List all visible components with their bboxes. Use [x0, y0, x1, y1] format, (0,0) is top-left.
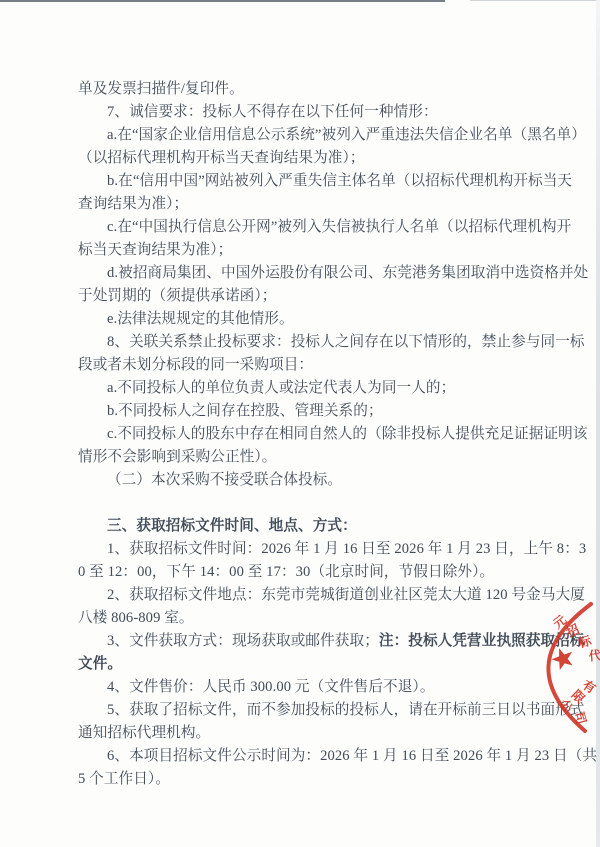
document-line: a.在“国家企业信用信息公示系统”被列入严重违法失信企业名单（黑名单） — [78, 124, 566, 147]
seal-arc-text: 元招标代有限公司 — [550, 612, 600, 726]
document-text: b.不同投标人之间存在控股、管理关系的； — [107, 403, 383, 419]
document-text-bold: 文件。 — [78, 656, 122, 672]
scan-artifact-top-line-right — [470, 0, 600, 1]
document-text: 标当天查询结果为准）； — [78, 242, 232, 258]
red-company-seal: 元招标代有限公司 — [537, 594, 600, 736]
document-line: 标当天查询结果为准）； — [78, 239, 566, 262]
document-line: 4、文件售价：人民币 300.00 元（文件售后不退）。 — [78, 676, 566, 699]
document-line: 7、诚信要求：投标人不得存在以下任何一种情形： — [78, 101, 566, 124]
document-text: a.不同投标人的单位负责人或法定代表人为同一人的； — [107, 380, 455, 396]
document-line: 情形不会影响到采购公正性）。 — [78, 446, 566, 469]
document-line: e.法律法规规定的其他情形。 — [78, 308, 566, 331]
document-line: 5 个工作日）。 — [78, 768, 566, 791]
document-text: 单及发票扫描件/复印件。 — [78, 81, 244, 97]
document-line: 2、获取招标文件地点：东莞市莞城街道创业社区莞太大道 120 号金马大厦 — [78, 584, 566, 607]
document-text: 0 至 12：00，下午 14：00 至 17：30（北京时间，节假日除外）。 — [78, 564, 494, 580]
document-text: 情形不会影响到采购公正性）。 — [78, 449, 276, 465]
document-line: d.被招商局集团、中国外运股份有限公司、东莞港务集团取消中选资格并处 — [78, 262, 566, 285]
document-line: （以招标代理机构开标当天查询结果为准）； — [78, 147, 566, 170]
document-text: 1、获取招标文件时间：2026 年 1 月 16 日至 2026 年 1 月 2… — [107, 541, 586, 557]
document-text-bold: 三、获取招标文件时间、地点、方式： — [107, 518, 357, 534]
document-text: 3、文件获取方式：现场获取或邮件获取； — [107, 633, 379, 649]
document-text: a.在“国家企业信用信息公示系统”被列入严重违法失信企业名单（黑名单） — [107, 127, 586, 143]
document-line: 1、获取招标文件时间：2026 年 1 月 16 日至 2026 年 1 月 2… — [78, 538, 566, 561]
star-icon — [552, 648, 573, 670]
document-line: c.不同投标人的股东中存在相同自然人的（除非投标人提供充足证据证明该 — [78, 423, 566, 446]
scan-artifact-top-line — [0, 0, 445, 2]
document-line: （二）本次采购不接受联合体投标。 — [78, 469, 566, 492]
document-page: 单及发票扫描件/复印件。7、诚信要求：投标人不得存在以下任何一种情形：a.在“国… — [0, 0, 600, 847]
document-line: 段或者未划分标段的同一采购项目： — [78, 354, 566, 377]
document-line: a.不同投标人的单位负责人或法定代表人为同一人的； — [78, 377, 566, 400]
document-line: c.在“中国执行信息公开网”被列入失信被执行人名单（以招标代理机构开 — [78, 216, 566, 239]
document-line: 查询结果为准）； — [78, 193, 566, 216]
document-text: c.在“中国执行信息公开网”被列入失信被执行人名单（以招标代理机构开 — [107, 219, 571, 235]
document-text: d.被招商局集团、中国外运股份有限公司、东莞港务集团取消中选资格并处 — [107, 265, 588, 281]
document-line: 文件。 — [78, 653, 566, 676]
document-line: 八楼 806-809 室。 — [78, 607, 566, 630]
document-line: 8、关联关系禁止投标要求：投标人之间存在以下情形的，禁止参与同一标 — [78, 331, 566, 354]
document-line: 0 至 12：00，下午 14：00 至 17：30（北京时间，节假日除外）。 — [78, 561, 566, 584]
document-line: b.在“信用中国”网站被列入严重失信主体名单（以招标代理机构开标当天 — [78, 170, 566, 193]
document-text: 通知招标代理机构。 — [78, 725, 210, 741]
document-text: 段或者未划分标段的同一采购项目： — [78, 357, 313, 373]
document-line: 6、本项目招标文件公示时间为：2026 年 1 月 16 日至 2026 年 1… — [78, 745, 566, 768]
document-text: 5 个工作日）。 — [78, 771, 170, 787]
document-text: 2、获取招标文件地点：东莞市莞城街道创业社区莞太大道 120 号金马大厦 — [107, 587, 585, 603]
document-text: 5、获取了招标文件，而不参加投标的投标人，请在开标前三日以书面形式 — [107, 702, 585, 718]
document-text: 8、关联关系禁止投标要求：投标人之间存在以下情形的，禁止参与同一标 — [107, 334, 585, 350]
document-text: 6、本项目招标文件公示时间为：2026 年 1 月 16 日至 2026 年 1… — [107, 748, 597, 764]
document-line: 单及发票扫描件/复印件。 — [78, 78, 566, 101]
document-text: c.不同投标人的股东中存在相同自然人的（除非投标人提供充足证据证明该 — [107, 426, 588, 442]
seal-character: 代 — [588, 647, 600, 663]
document-text: 查询结果为准）； — [78, 196, 188, 212]
document-text: 于处罚期的（须提供承诺函）； — [78, 288, 276, 304]
document-text: e.法律法规规定的其他情形。 — [107, 311, 294, 327]
document-text: 4、文件售价：人民币 300.00 元（文件售后不退）。 — [107, 679, 435, 695]
document-body: 单及发票扫描件/复印件。7、诚信要求：投标人不得存在以下任何一种情形：a.在“国… — [78, 78, 566, 791]
document-line: 于处罚期的（须提供承诺函）； — [78, 285, 566, 308]
document-line: 5、获取了招标文件，而不参加投标的投标人，请在开标前三日以书面形式 — [78, 699, 566, 722]
document-text: 八楼 806-809 室。 — [78, 610, 194, 626]
document-text: （以招标代理机构开标当天查询结果为准）； — [78, 150, 365, 166]
document-line: 通知招标代理机构。 — [78, 722, 566, 745]
document-text: （二）本次采购不接受联合体投标。 — [107, 472, 342, 488]
document-line: 3、文件获取方式：现场获取或邮件获取；注：投标人凭营业执照获取招标 — [78, 630, 566, 653]
document-line: b.不同投标人之间存在控股、管理关系的； — [78, 400, 566, 423]
document-line: 三、获取招标文件时间、地点、方式： — [78, 515, 566, 538]
document-line — [78, 492, 566, 515]
document-text: 7、诚信要求：投标人不得存在以下任何一种情形： — [107, 104, 438, 120]
document-text: b.在“信用中国”网站被列入严重失信主体名单（以招标代理机构开标当天 — [107, 173, 572, 189]
